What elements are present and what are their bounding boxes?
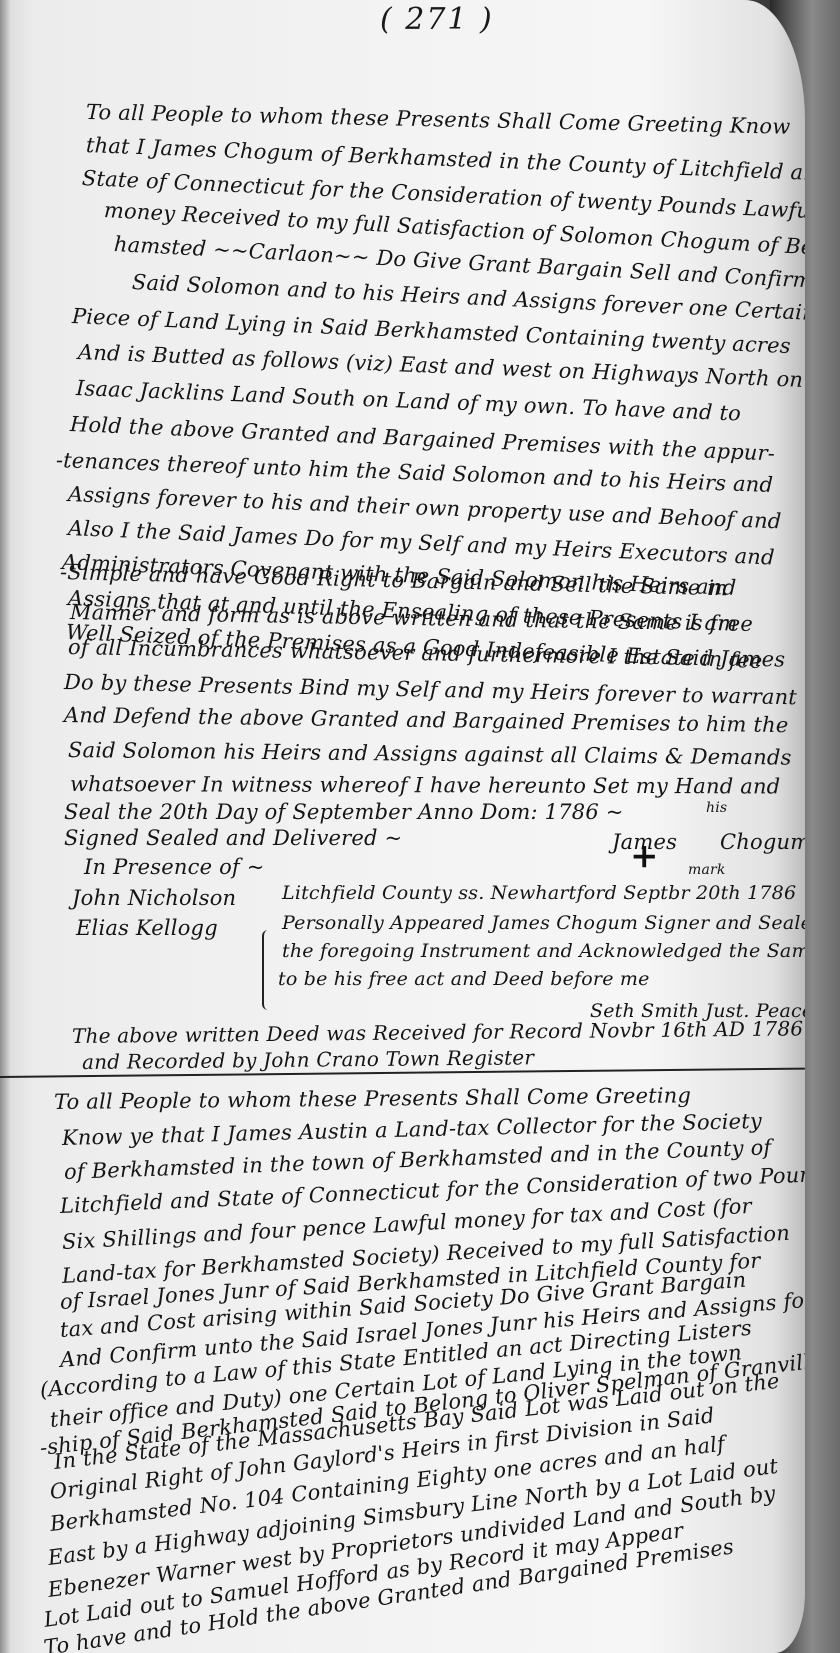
deed-1-line: And Defend the above Granted and Bargain… — [64, 703, 789, 737]
deed-2-line: To all People to whom these Presents Sha… — [54, 1083, 691, 1114]
acknowledgement-line: Litchfield County ss. Newhartford Septbr… — [282, 882, 796, 904]
signature-mark-cross: + — [630, 836, 659, 876]
manuscript-page: ( 271 ) To all People to whom these Pres… — [0, 0, 805, 1653]
deed-1-line: To all People to whom these Presents Sha… — [86, 100, 791, 139]
in-presence-of: In Presence of ~ — [84, 855, 265, 879]
signature-his: his — [706, 800, 727, 816]
acknowledgement-line: the foregoing Instrument and Acknowledge… — [282, 940, 805, 962]
acknowledgement-line: to be his free act and Deed before me — [278, 968, 650, 990]
witness-name: John Nicholson — [72, 886, 236, 910]
signed-sealed-delivered: Signed Sealed and Delivered ~ — [64, 826, 402, 850]
page-number: ( 271 ) — [380, 2, 494, 37]
recording-note: and Recorded by John Crano Town Register — [82, 1045, 534, 1074]
deed-1-line: Do by these Presents Bind my Self and my… — [64, 670, 797, 709]
deed-1-line: of all Incumbrances whatsoever and furth… — [68, 635, 786, 672]
acknowledgement-line: Personally Appeared James Chogum Signer … — [282, 912, 805, 934]
signature-mark-label: mark — [688, 862, 726, 878]
deed-1-line: Seal the 20th Day of September Anno Dom:… — [64, 800, 624, 824]
recording-note: The above written Deed was Received for … — [72, 1016, 804, 1048]
witness-name: Elias Kellogg — [76, 916, 218, 940]
deed-1-line: Said Solomon his Heirs and Assigns again… — [68, 738, 792, 770]
deed-1-line: whatsoever In witness whereof I have her… — [70, 772, 780, 798]
page-left-edge — [0, 0, 10, 1653]
signature-last-name: Chogum — [720, 830, 805, 854]
acknowledgement-bracket — [262, 930, 274, 1010]
facing-page-text — [808, 1300, 836, 1640]
